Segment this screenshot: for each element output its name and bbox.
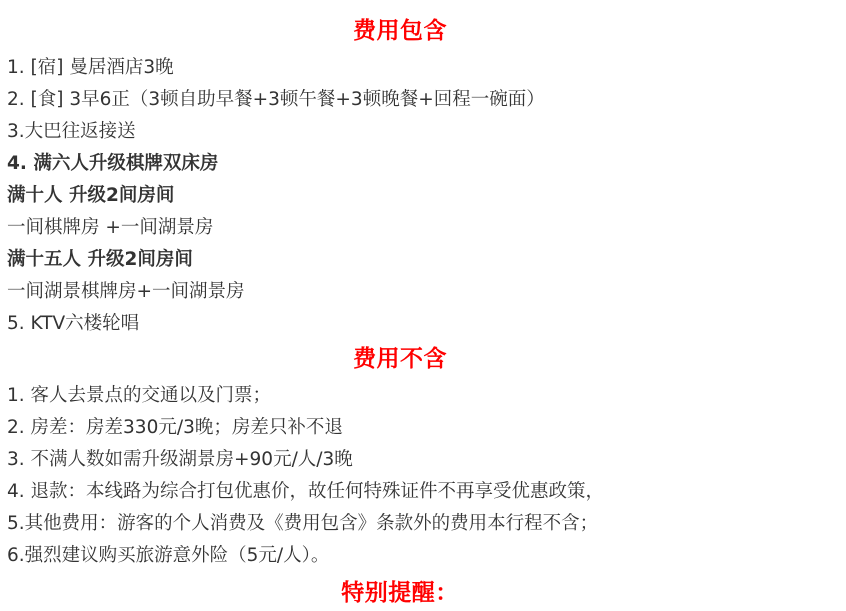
included-item-7: 满十五人 升级2间房间	[7, 248, 193, 272]
excluded-item-6: 6.强烈建议购买旅游意外险（5元/人）。	[7, 544, 329, 568]
excluded-item-1: 1. 客人去景点的交通以及门票；	[7, 384, 271, 408]
section-title-special-reminder: 特别提醒：	[0, 578, 800, 608]
included-item-8: 一间湖景棋牌房+一间湖景房	[7, 280, 245, 304]
section-title-excluded: 费用不含	[0, 344, 800, 374]
excluded-item-4: 4. 退款：本线路为综合打包优惠价，故任何特殊证件不再享受优惠政策，	[7, 480, 604, 504]
included-item-1: 1. [宿] 曼居酒店3晚	[7, 56, 174, 80]
excluded-item-3: 3. 不满人数如需升级湖景房+90元/人/3晚	[7, 448, 353, 472]
included-item-6: 一间棋牌房 +一间湖景房	[7, 216, 213, 240]
excluded-item-2: 2. 房差：房差330元/3晚；房差只补不退	[7, 416, 343, 440]
included-item-5: 满十人 升级2间房间	[7, 184, 174, 208]
section-title-included: 费用包含	[0, 16, 800, 46]
included-item-4: 4. 满六人升级棋牌双床房	[7, 152, 218, 176]
included-item-9: 5. KTV六楼轮唱	[7, 312, 139, 336]
included-item-2: 2. [食] 3早6正（3顿自助早餐+3顿午餐+3顿晚餐+回程一碗面）	[7, 88, 545, 112]
included-item-3: 3.大巴往返接送	[7, 120, 136, 144]
excluded-item-5: 5.其他费用：游客的个人消费及《费用包含》条款外的费用本行程不含；	[7, 512, 598, 536]
